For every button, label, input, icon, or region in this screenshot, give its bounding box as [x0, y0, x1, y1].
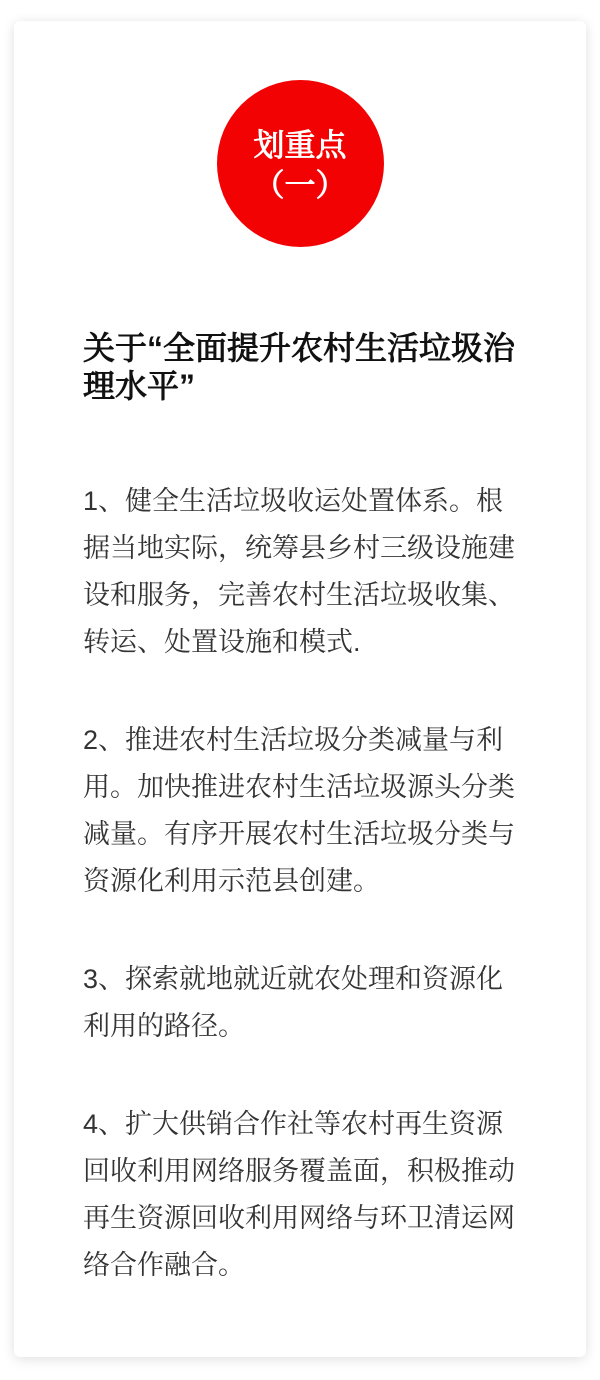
paragraph-2: 2、推进农村生活垃圾分类减量与利用。加快推进农村生活垃圾源头分类减量。有序开展农…	[83, 717, 517, 905]
article-card: 划重点 （一） 关于“全面提升农村生活垃圾治理水平” 1、健全生活垃圾收运处置体…	[14, 21, 586, 1357]
badge-subtitle: （一）	[254, 166, 347, 206]
highlight-badge: 划重点 （一）	[217, 80, 384, 247]
body-paragraphs: 1、健全生活垃圾收运处置体系。根据当地实际，统筹县乡村三级设施建设和服务，完善农…	[83, 478, 517, 1289]
paragraph-1: 1、健全生活垃圾收运处置体系。根据当地实际，统筹县乡村三级设施建设和服务，完善农…	[83, 478, 517, 666]
paragraph-3: 3、探索就地就近就农处理和资源化利用的路径。	[83, 956, 517, 1050]
page-title: 关于“全面提升农村生活垃圾治理水平”	[83, 329, 517, 405]
paragraph-4: 4、扩大供销合作社等农村再生资源回收利用网络服务覆盖面，积极推动再生资源回收利用…	[83, 1101, 517, 1289]
badge-title: 划重点	[254, 126, 347, 166]
